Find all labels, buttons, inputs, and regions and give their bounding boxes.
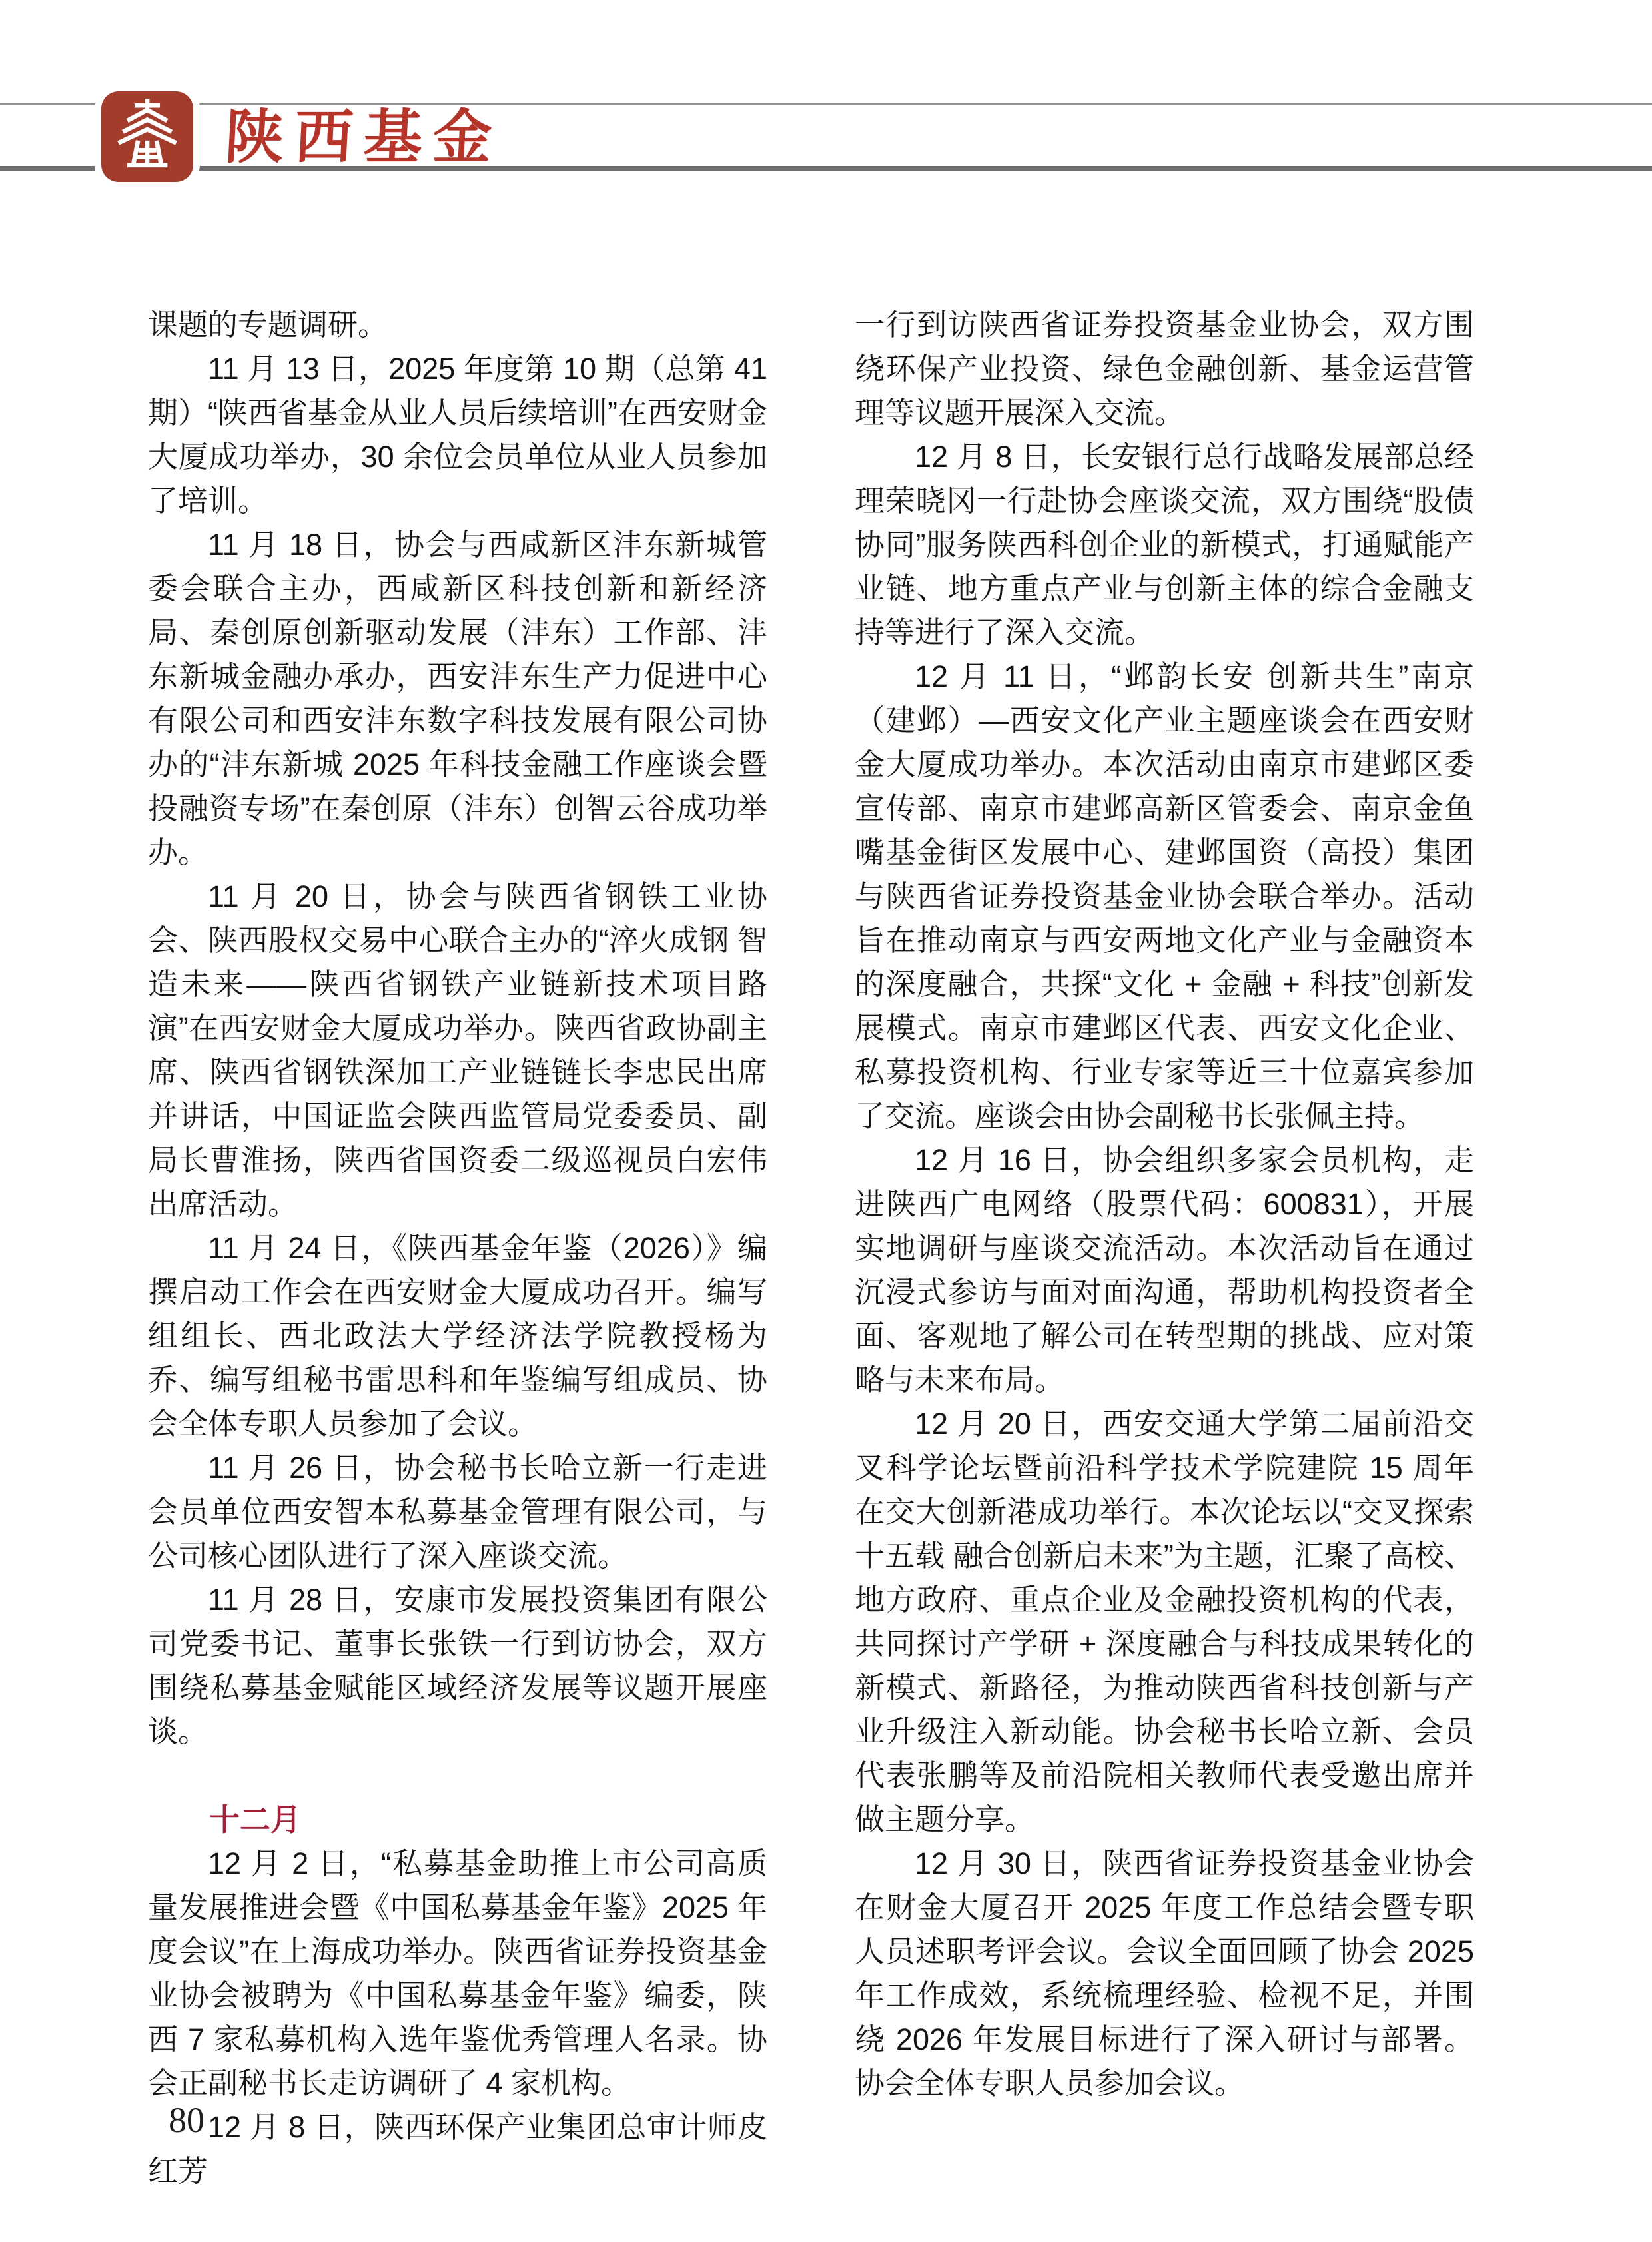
- paragraph: 11 月 18 日，协会与西咸新区沣东新城管委会联合主办，西咸新区科技创新和新经…: [148, 523, 767, 875]
- paragraph: 11 月 20 日，协会与陕西省钢铁工业协会、陕西股权交易中心联合主办的“淬火成…: [148, 875, 767, 1226]
- header-rule-thin: [0, 103, 1652, 105]
- paragraph: 课题的专题调研。: [148, 303, 767, 347]
- paragraph: 11 月 13 日，2025 年度第 10 期（总第 41 期）“陕西省基金从业…: [148, 347, 767, 523]
- paragraph: 12 月 11 日，“邺韵长安 创新共生”南京（建邺）—西安文化产业主题座谈会在…: [855, 655, 1474, 1138]
- page-number: 80: [169, 2099, 205, 2141]
- right-column: 一行到访陕西省证券投资基金业协会，双方围绕环保产业投资、绿色金融创新、基金运营管…: [855, 303, 1474, 2105]
- paragraph: 12 月 16 日，协会组织多家会员机构，走进陕西广电网络（股票代码：60083…: [855, 1138, 1474, 1402]
- paragraph: 12 月 8 日，长安银行总行战略发展部总经理荣晓冈一行赴协会座谈交流，双方围绕…: [855, 435, 1474, 655]
- paragraph: 一行到访陕西省证券投资基金业协会，双方围绕环保产业投资、绿色金融创新、基金运营管…: [855, 303, 1474, 435]
- paragraph: 12 月 30 日，陕西省证券投资基金业协会在财金大厦召开 2025 年度工作总…: [855, 1842, 1474, 2105]
- magazine-page: { "header": { "brand": "陕西基金", "logo_col…: [0, 0, 1652, 2242]
- paragraph: 11 月 26 日，协会秘书长哈立新一行走进会员单位西安智本私募基金管理有限公司…: [148, 1446, 767, 1578]
- shaanxi-fund-logo: [101, 91, 193, 182]
- month-heading-december: 十二月: [148, 1798, 767, 1842]
- left-column: 课题的专题调研。 11 月 13 日，2025 年度第 10 期（总第 41 期…: [148, 303, 767, 2193]
- paragraph: 11 月 24 日，《陕西基金年鉴（2026）》编撰启动工作会在西安财金大厦成功…: [148, 1226, 767, 1446]
- paragraph: 12 月 8 日，陕西环保产业集团总审计师皮红芳: [148, 2105, 767, 2193]
- paragraph: 11 月 28 日，安康市发展投资集团有限公司党委书记、董事长张铁一行到访协会，…: [148, 1578, 767, 1754]
- paragraph: 12 月 20 日，西安交通大学第二届前沿交叉科学论坛暨前沿科学技术学院建院 1…: [855, 1402, 1474, 1842]
- pagoda-icon: [110, 98, 185, 176]
- paragraph: 12 月 2 日，“私募基金助推上市公司高质量发展推进会暨《中国私募基金年鉴》2…: [148, 1842, 767, 2105]
- brand-title: 陕西基金: [223, 107, 504, 171]
